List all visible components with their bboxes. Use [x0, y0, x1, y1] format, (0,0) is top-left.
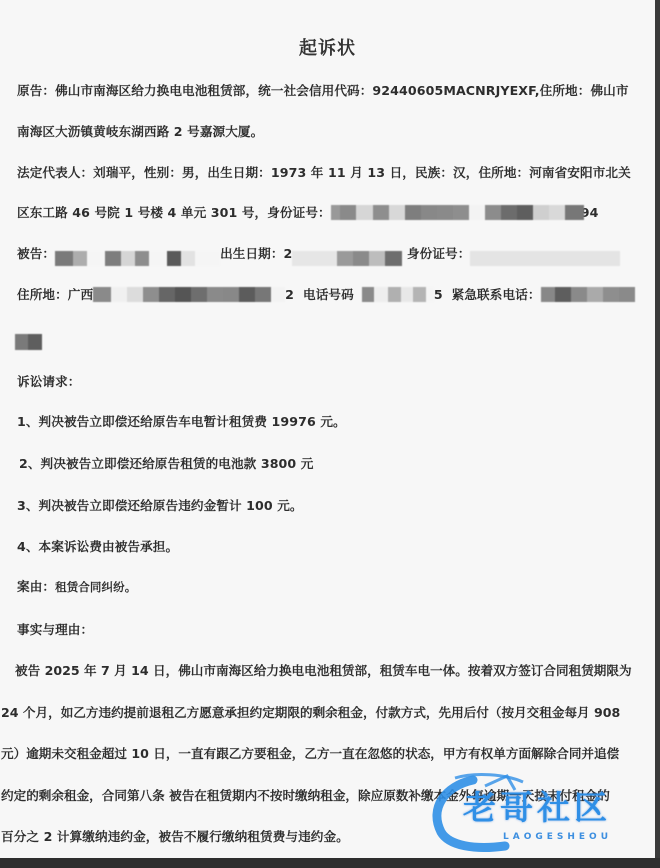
redacted-defendant-name — [55, 251, 220, 266]
redacted-defendant-phone — [362, 287, 434, 302]
facts-line-3: 元）逾期未交租金超过 10 日，一直有跟乙方要租金，乙方一直在忽悠的状态，甲方有… — [1, 743, 619, 762]
claim-item-2: 2、判决被告立即偿还给原告租赁的电池款 3800 元 — [19, 453, 313, 472]
document-title: 起诉状 — [0, 34, 655, 60]
claim-item-4: 4、本案诉讼费由被告承担。 — [17, 536, 178, 555]
facts-line-4: 约定的剩余租金，合同第八条 被告在租赁期内不按时缴纳租金，除应原数补缴本金外每逾… — [1, 785, 610, 804]
defendant-phone-label: 电话号码 — [303, 287, 354, 302]
facts-heading: 事实与理由： — [17, 619, 93, 638]
redacted-defendant-address — [93, 287, 285, 302]
claim-item-3: 3、判决被告立即偿还给原告违约金暂计 100 元。 — [17, 495, 303, 514]
defendant-id-label: 身份证号： — [407, 246, 470, 261]
defendant-birth-label: 出生日期：2 — [220, 246, 292, 261]
defendant-address-line: 住所地：广西 2 电话号码 5 紧急联系电话： — [17, 284, 641, 303]
document-page: 起诉状 原告：佛山市南海区给力换电电池租赁部，统一社会信用代码：92440605… — [0, 0, 655, 858]
defendant-address-label: 住所地：广西 — [17, 287, 93, 302]
redacted-defendant-id — [470, 251, 620, 266]
legal-rep-address: 区东工路 46 号院 1 号楼 4 单元 301 号，身份证号： — [17, 205, 331, 220]
redacted-id-number — [331, 205, 581, 220]
defendant-line: 被告： 出生日期：2 身份证号： — [17, 243, 620, 262]
dragon-swoosh-icon — [425, 772, 655, 852]
facts-line-5: 百分之 2 计算缴纳违约金，被告不履行缴纳租赁费与违约金。 — [1, 826, 349, 845]
page-bottom-edge — [0, 858, 660, 868]
defendant-label: 被告： — [17, 246, 55, 261]
watermark: 老哥社区 LAOGESHEOU — [425, 772, 655, 852]
plaintiff-line-1: 原告：佛山市南海区给力换电电池租赁部，统一社会信用代码：92440605MACN… — [17, 80, 629, 99]
claim-item-1: 1、判决被告立即偿还给原告车电暂计租赁费 19976 元。 — [17, 411, 346, 430]
cause-value: 租赁合同纠纷。 — [55, 580, 136, 594]
cause-line: 案由：租赁合同纠纷。 — [17, 576, 136, 595]
cause-label: 案由： — [17, 579, 55, 594]
facts-line-1: 被告 2025 年 7 月 14 日，佛山市南海区给力换电电池租赁部，租赁车电一… — [15, 660, 632, 679]
redacted-defendant-birth — [292, 251, 402, 266]
defendant-phone-tail: 5 — [434, 287, 443, 302]
legal-rep-line-1: 法定代表人：刘瑞平，性别：男，出生日期：1973 年 11 月 13 日，民族：… — [17, 162, 631, 181]
claims-heading: 诉讼请求： — [17, 371, 80, 390]
legal-rep-line-2: 区东工路 46 号院 1 号楼 4 单元 301 号，身份证号： 94 — [17, 202, 598, 221]
plaintiff-line-2: 南海区大沥镇黄岐东湖西路 2 号嘉源大厦。 — [17, 121, 263, 140]
facts-line-2: 24 个月，如乙方违约提前退租乙方愿意承担约定期限的剩余租金，付款方式，先用后付… — [1, 702, 620, 721]
defendant-address-tail: 2 — [285, 287, 294, 302]
redacted-block-small — [15, 334, 42, 350]
redacted-emergency-phone — [541, 287, 641, 302]
emergency-contact-label: 紧急联系电话： — [452, 287, 541, 302]
page-right-edge — [655, 0, 660, 858]
watermark-subtext: LAOGESHEOU — [503, 832, 612, 842]
